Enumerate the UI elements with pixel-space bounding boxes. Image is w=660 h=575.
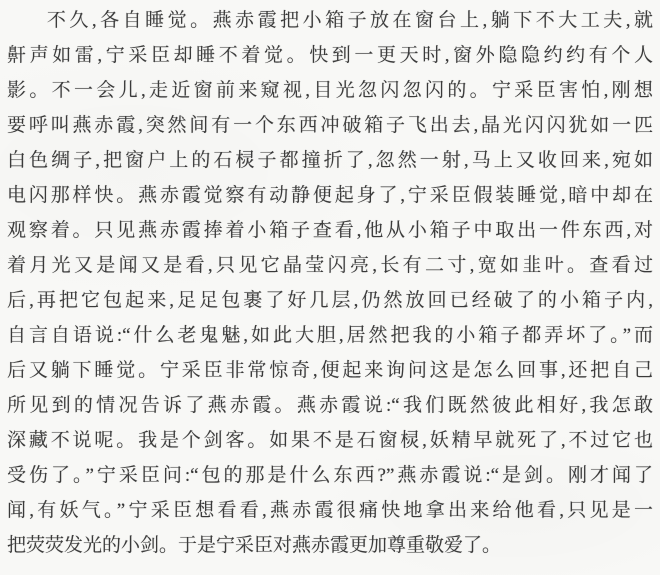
text-line: 观察着。只见燕赤霞捧着小箱子查看,他从小箱子中取出一件东西,对 [7,213,653,248]
text-line: 电闪那样快。燕赤霞觉察有动静便起身了,宁采臣假装睡觉,暗中却在 [7,178,653,213]
text-line: 鼾声如雷,宁采臣却睡不着觉。快到一更天时,窗外隐隐约约有个人 [7,38,653,73]
text-line: 所见到的情况告诉了燕赤霞。燕赤霞说:“我们既然彼此相好,我怎敢 [7,388,653,423]
text-line: 要呼叫燕赤霞,突然间有一个东西冲破箱子飞出去,晶光闪闪犹如一匹 [7,108,653,143]
text-line: 着月光又是闻又是看,只见它晶莹闪亮,长有二寸,宽如韭叶。查看过 [7,248,653,283]
text-line: 深藏不说呢。我是个剑客。如果不是石窗棂,妖精早就死了,不过它也 [7,423,653,458]
text-line: 后,再把它包起来,足足包裹了好几层,仍然放回已经破了的小箱子内, [7,283,653,318]
text-line: 后又躺下睡觉。宁采臣非常惊奇,便起来询问这是怎么回事,还把自己 [7,353,653,388]
story-paragraph: 不久,各自睡觉。燕赤霞把小箱子放在窗台上,躺下不大工夫,就 鼾声如雷,宁采臣却睡… [7,3,653,563]
text-line: 把荧荧发光的小剑。于是宁采臣对燕赤霞更加尊重敬爱了。 [7,528,653,563]
scanned-book-page: 不久,各自睡觉。燕赤霞把小箱子放在窗台上,躺下不大工夫,就 鼾声如雷,宁采臣却睡… [0,0,660,575]
text-line: 自言自语说:“什么老鬼魅,如此大胆,居然把我的小箱子都弄坏了。”而 [7,318,653,353]
text-line: 闻,有妖气。”宁采臣想看看,燕赤霞很痛快地拿出来给他看,只见是一 [7,493,653,528]
text-line: 受伤了。”宁采臣问:“包的那是什么东西?”燕赤霞说:“是剑。刚才闻了 [7,458,653,493]
text-line: 白色绸子,把窗户上的石棂子都撞折了,忽然一射,马上又收回来,宛如 [7,143,653,178]
text-line: 影。不一会儿,走近窗前来窥视,目光忽闪忽闪的。宁采臣害怕,刚想 [7,73,653,108]
text-line: 不久,各自睡觉。燕赤霞把小箱子放在窗台上,躺下不大工夫,就 [7,3,653,38]
